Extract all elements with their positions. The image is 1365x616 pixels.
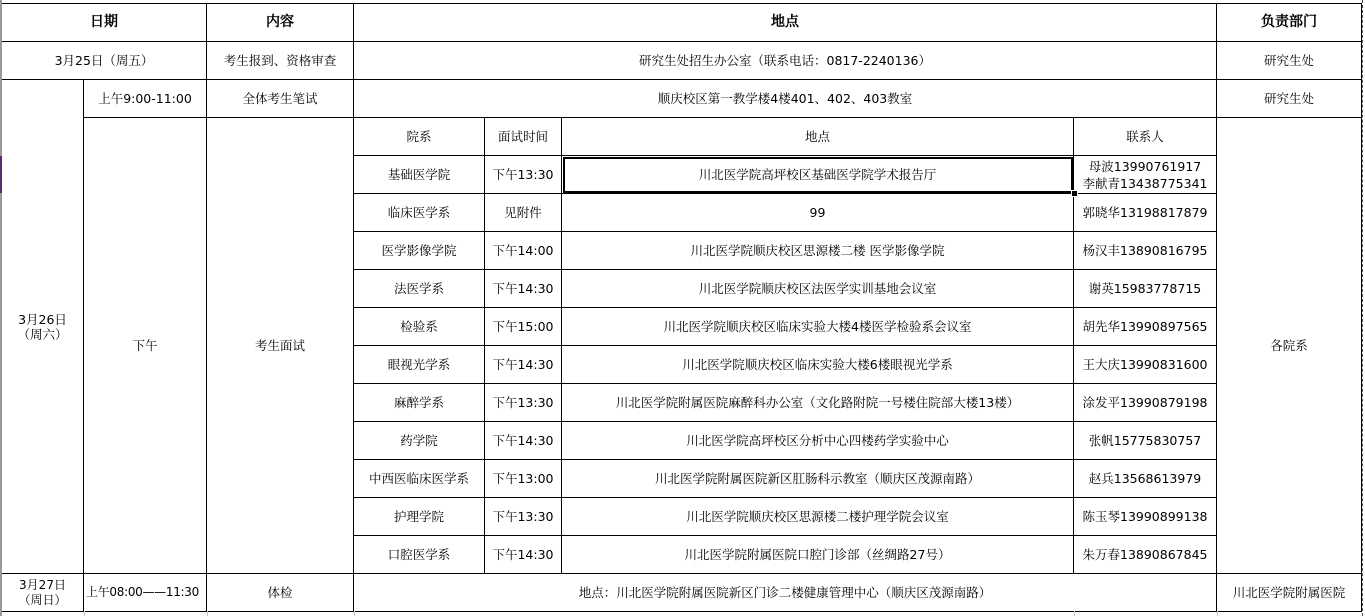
interview-time[interactable]: 下午15:00: [485, 308, 562, 346]
interview-time[interactable]: 下午14:00: [485, 232, 562, 270]
mar26-morning-time[interactable]: 上午9:00-11:00: [84, 80, 207, 118]
interview-contact[interactable]: 赵兵13568613979: [1074, 460, 1217, 498]
interview-contact[interactable]: 母波13990761917 李献青13438775341: [1074, 156, 1217, 194]
subheader-school[interactable]: 院系: [354, 118, 485, 156]
mar26-morning-department[interactable]: 研究生处: [1217, 80, 1362, 118]
mar27-content[interactable]: 体检: [207, 574, 354, 612]
mar25-content[interactable]: 考生报到、资格审查: [207, 42, 354, 80]
interview-time[interactable]: 下午13:00: [485, 460, 562, 498]
interview-location[interactable]: 川北医学院顺庆校区思源楼二楼护理学院会议室: [562, 498, 1074, 536]
interview-school[interactable]: 眼视光学系: [354, 346, 485, 384]
gridline: [84, 611, 85, 616]
interview-location[interactable]: 川北医学院附属医院麻醉科办公室（文化路附院一号楼住院部大楼13楼）: [562, 384, 1074, 422]
interview-time[interactable]: 下午13:30: [485, 156, 562, 194]
gridline: [1074, 611, 1075, 616]
mar27-department[interactable]: 川北医学院附属医院: [1217, 574, 1362, 612]
interview-school[interactable]: 中西医临床医学系: [354, 460, 485, 498]
interview-contact[interactable]: 涂发平13990879198: [1074, 384, 1217, 422]
mar26-date[interactable]: 3月26日 （周六）: [2, 80, 84, 574]
gridline: [1217, 611, 1218, 616]
gridline: [354, 611, 355, 616]
contact-line: 母波13990761917: [1089, 158, 1201, 175]
interview-school[interactable]: 检验系: [354, 308, 485, 346]
mar27-date-line1: 3月27日: [19, 578, 66, 593]
header-date[interactable]: 日期: [2, 4, 207, 42]
interview-contact[interactable]: 朱万春13890867845: [1074, 536, 1217, 574]
mar25-location[interactable]: 研究生处招生办公室（联系电话：0817-2240136）: [354, 42, 1217, 80]
interview-location-selected[interactable]: 川北医学院高坪校区基础医学院学术报告厅: [562, 156, 1074, 194]
mar26-afternoon-department[interactable]: 各院系: [1217, 118, 1362, 574]
header-content[interactable]: 内容: [207, 4, 354, 42]
interview-location[interactable]: 川北医学院附属医院新区肛肠科示教室（顺庆区茂源南路）: [562, 460, 1074, 498]
subheader-location[interactable]: 地点: [562, 118, 1074, 156]
mar26-date-line2: （周六）: [17, 327, 67, 342]
spreadsheet: 日期 内容 地点 负责部门 3月25日（周五） 考生报到、资格审查 研究生处招生…: [0, 0, 1365, 616]
interview-location[interactable]: 川北医学院顺庆校区临床实验大楼4楼医学检验系会议室: [562, 308, 1074, 346]
header-department[interactable]: 负责部门: [1217, 4, 1362, 42]
interview-time[interactable]: 下午13:30: [485, 498, 562, 536]
header-location[interactable]: 地点: [354, 4, 1217, 42]
page-break-line: [1362, 0, 1363, 616]
interview-location[interactable]: 川北医学院顺庆校区思源楼二楼 医学影像学院: [562, 232, 1074, 270]
gridline: [207, 611, 208, 616]
interview-time[interactable]: 见附件: [485, 194, 562, 232]
interview-school[interactable]: 法医学系: [354, 270, 485, 308]
subheader-interview-time[interactable]: 面试时间: [485, 118, 562, 156]
interview-location[interactable]: 99: [562, 194, 1074, 232]
interview-school[interactable]: 药学院: [354, 422, 485, 460]
interview-school[interactable]: 口腔医学系: [354, 536, 485, 574]
interview-location[interactable]: 川北医学院顺庆校区临床实验大楼6楼眼视光学系: [562, 346, 1074, 384]
mar27-location[interactable]: 地点：川北医学院附属医院新区门诊二楼健康管理中心（顺庆区茂源南路）: [354, 574, 1217, 612]
mar27-date-line2: （周日）: [18, 593, 66, 608]
mar27-time[interactable]: 上午08:00——11:30: [84, 574, 207, 612]
interview-time[interactable]: 下午14:30: [485, 422, 562, 460]
interview-school[interactable]: 麻醉学系: [354, 384, 485, 422]
interview-school[interactable]: 医学影像学院: [354, 232, 485, 270]
mar25-department[interactable]: 研究生处: [1217, 42, 1362, 80]
interview-contact[interactable]: 胡先华13990897565: [1074, 308, 1217, 346]
interview-contact[interactable]: 杨汉丰13890816795: [1074, 232, 1217, 270]
mar26-morning-content[interactable]: 全体考生笔试: [207, 80, 354, 118]
mar27-date[interactable]: 3月27日 （周日）: [2, 574, 84, 612]
mar26-afternoon-content[interactable]: 考生面试: [207, 118, 354, 574]
interview-time[interactable]: 下午14:30: [485, 536, 562, 574]
interview-location[interactable]: 川北医学院顺庆校区法医学实训基地会议室: [562, 270, 1074, 308]
mar25-date[interactable]: 3月25日（周五）: [2, 42, 207, 80]
contact-line: 李献青13438775341: [1083, 175, 1208, 192]
interview-time[interactable]: 下午13:30: [485, 384, 562, 422]
interview-contact[interactable]: 谢英15983778715: [1074, 270, 1217, 308]
interview-school[interactable]: 护理学院: [354, 498, 485, 536]
mar26-afternoon-time[interactable]: 下午: [84, 118, 207, 574]
interview-location[interactable]: 川北医学院高坪校区分析中心四楼药学实验中心: [562, 422, 1074, 460]
mar26-morning-location[interactable]: 顺庆校区第一教学楼4楼401、402、403教室: [354, 80, 1217, 118]
interview-contact[interactable]: 王大庆13990831600: [1074, 346, 1217, 384]
interview-time[interactable]: 下午14:30: [485, 270, 562, 308]
interview-contact[interactable]: 张帆15775830757: [1074, 422, 1217, 460]
interview-contact[interactable]: 郭晓华13198817879: [1074, 194, 1217, 232]
fill-handle[interactable]: [1071, 190, 1078, 197]
interview-school[interactable]: 临床医学系: [354, 194, 485, 232]
mar26-date-line1: 3月26日: [18, 312, 67, 327]
interview-school[interactable]: 基础医学院: [354, 156, 485, 194]
interview-time[interactable]: 下午14:30: [485, 346, 562, 384]
interview-location[interactable]: 川北医学院附属医院口腔门诊部（丝绸路27号）: [562, 536, 1074, 574]
interview-contact[interactable]: 陈玉琴13990899138: [1074, 498, 1217, 536]
subheader-contact[interactable]: 联系人: [1074, 118, 1217, 156]
